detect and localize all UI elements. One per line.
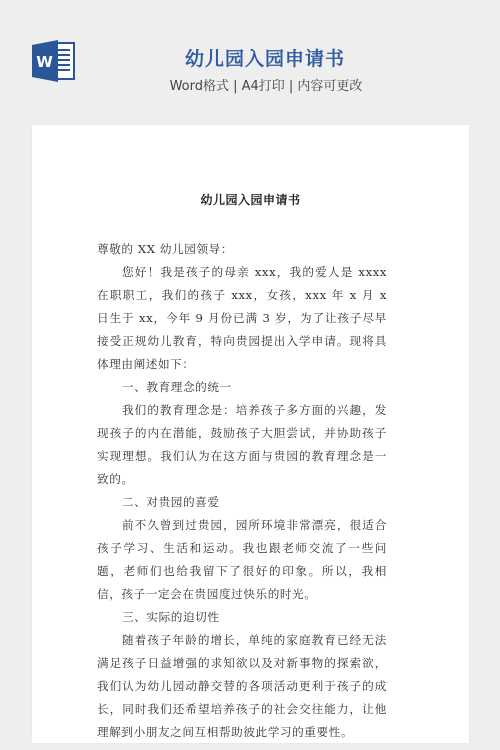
header: W 幼儿园入园申请书 Word格式 | A4打印 | 内容可更改 xyxy=(0,0,500,125)
salutation: 尊敬的 XX 幼儿园领导： xyxy=(97,238,387,261)
document-page: 幼儿园入园申请书 尊敬的 XX 幼儿园领导： 您好！我是孩子的母亲 xxx，我的… xyxy=(32,125,469,743)
document-title: 幼儿园入园申请书 xyxy=(32,191,469,208)
section-heading-3: 三、实际的迫切性 xyxy=(97,606,387,629)
header-title: 幼儿园入园申请书 xyxy=(0,44,500,71)
paragraph-section-3: 随着孩子年龄的增长，单纯的家庭教育已经无法满足孩子日益增强的求知欲以及对新事物的… xyxy=(97,629,387,744)
header-subtitle: Word格式 | A4打印 | 内容可更改 xyxy=(0,75,500,94)
document-body: 尊敬的 XX 幼儿园领导： 您好！我是孩子的母亲 xxx，我的爱人是 xxxx … xyxy=(97,238,387,744)
section-heading-1: 一、教育理念的统一 xyxy=(97,376,387,399)
section-heading-2: 二、对贵园的喜爱 xyxy=(97,491,387,514)
paragraph-intro: 您好！我是孩子的母亲 xxx，我的爱人是 xxxx 在职职工，我们的孩子 xxx… xyxy=(97,261,387,376)
paragraph-section-1: 我们的教育理念是：培养孩子多方面的兴趣，发现孩子的内在潜能，鼓励孩子大胆尝试，并… xyxy=(97,399,387,491)
paragraph-section-2: 前不久曾到过贵园，园所环境非常漂亮，很适合孩子学习、生活和运动。我也跟老师交流了… xyxy=(97,514,387,606)
